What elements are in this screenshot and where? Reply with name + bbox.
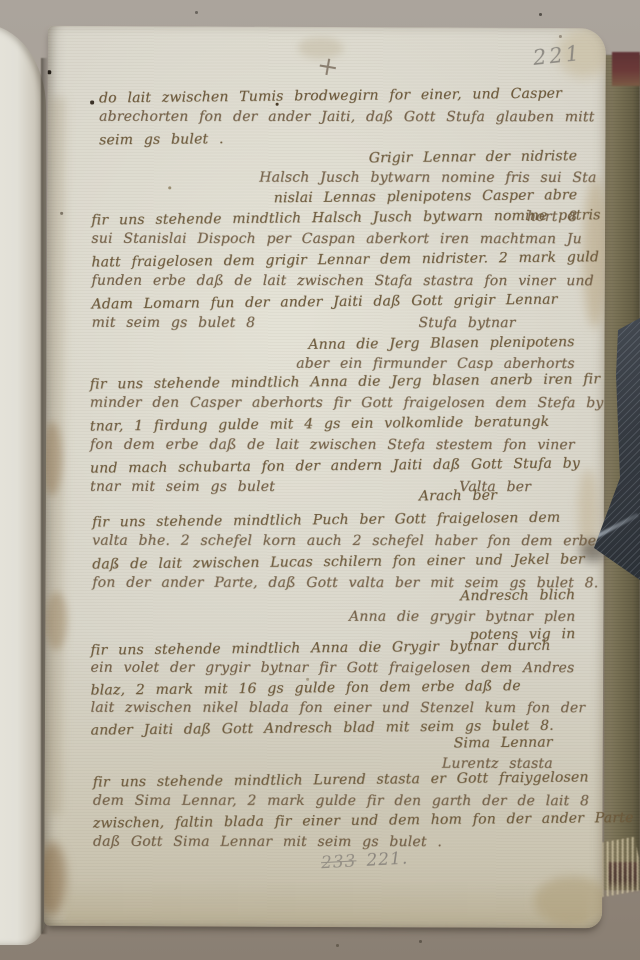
paper-stain bbox=[64, 878, 588, 924]
paper-stain bbox=[534, 876, 606, 926]
paper-stain bbox=[44, 422, 62, 496]
paper-stain bbox=[583, 178, 606, 328]
book-cover-edge-top bbox=[612, 52, 640, 86]
paper-specks bbox=[48, 26, 49, 27]
paper-stain bbox=[44, 842, 66, 916]
paper-stain bbox=[47, 96, 66, 816]
facing-page-edge bbox=[0, 24, 46, 945]
paper-stain bbox=[558, 28, 606, 78]
background-specks bbox=[0, 0, 1, 1]
manuscript-page bbox=[44, 26, 606, 928]
photo-background: + 221 233221. do lait zwischen Tumis bro… bbox=[0, 0, 640, 960]
paper-stain bbox=[298, 37, 344, 59]
paper-stain bbox=[45, 592, 67, 650]
